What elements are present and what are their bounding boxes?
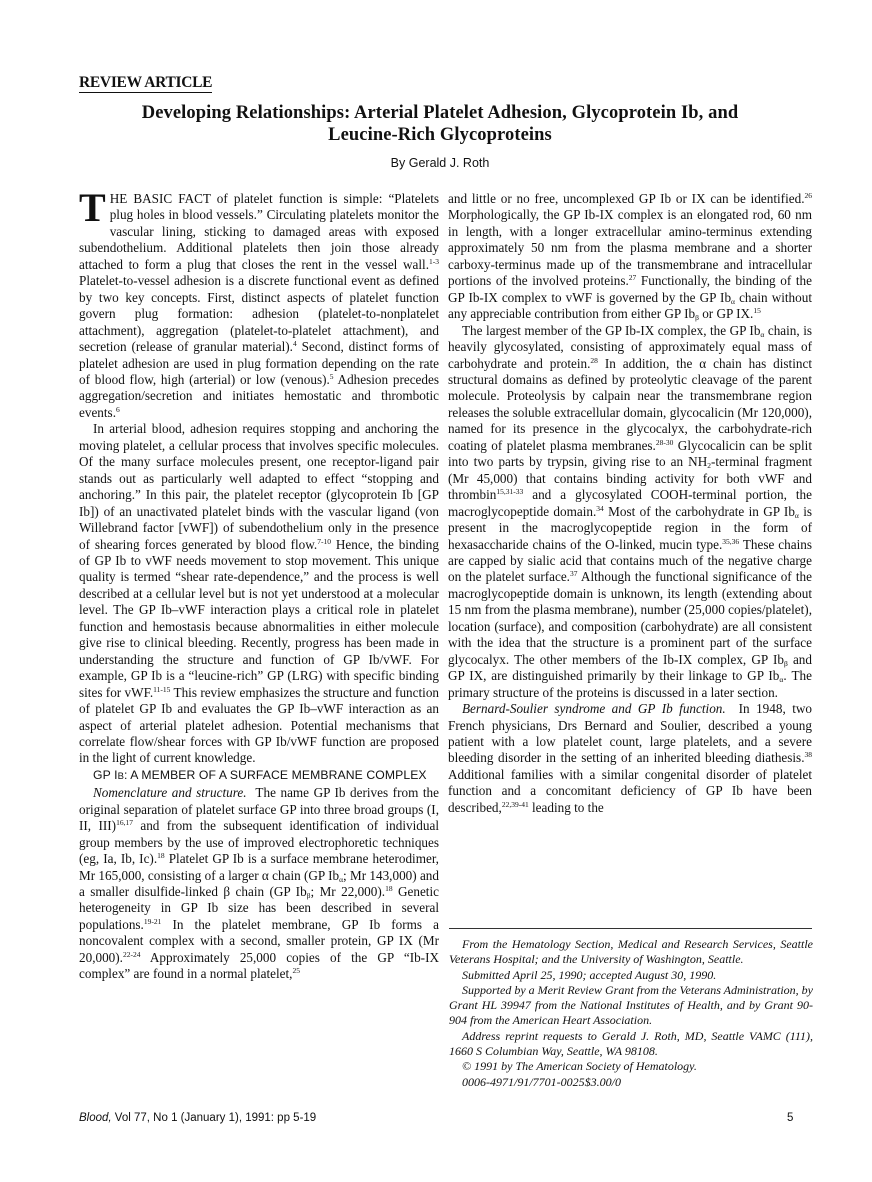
- citation-ref: 7-10: [317, 537, 331, 546]
- citation-ref: 34: [596, 504, 604, 513]
- text-run: or GP IX.: [699, 306, 753, 321]
- citation-ref: 35,36: [722, 537, 739, 546]
- journal-citation: Blood, Vol 77, No 1 (January 1), 1991: p…: [79, 1112, 316, 1124]
- body-paragraph: In arterial blood, adhesion requires sto…: [79, 421, 439, 767]
- drop-cap: T: [79, 193, 106, 224]
- footnote-copyright: © 1991 by The American Society of Hemato…: [449, 1059, 813, 1074]
- text-run: In arterial blood, adhesion requires sto…: [79, 421, 439, 551]
- citation-ref: 1-3: [429, 257, 439, 266]
- run-in-heading: Bernard-Soulier syndrome and GP Ib funct…: [462, 701, 726, 716]
- citation-ref: 26: [805, 191, 813, 200]
- citation-ref: 28-30: [656, 438, 674, 447]
- text-run: and little or no free, uncomplexed GP Ib…: [448, 191, 805, 206]
- citation-ref: 11-15: [153, 685, 170, 694]
- footnote-divider: [449, 928, 812, 929]
- footnote-dates: Submitted April 25, 1990; accepted Augus…: [449, 968, 813, 983]
- citation-ref: 16,17: [116, 818, 133, 827]
- heading-text: GP I: [93, 768, 118, 782]
- citation-details: Vol 77, No 1 (January 1), 1991: pp 5-19: [112, 1112, 317, 1124]
- citation-ref: 25: [292, 966, 300, 975]
- run-in-heading: Nomenclature and structure.: [93, 785, 247, 800]
- footnote-funding: Supported by a Merit Review Grant from t…: [449, 983, 813, 1029]
- footnotes: From the Hematology Section, Medical and…: [449, 937, 813, 1090]
- text-run: Most of the carbohydrate in GP Ib: [604, 504, 795, 519]
- citation-ref: 22,39-41: [502, 800, 529, 809]
- text-run: leading to the: [529, 800, 604, 815]
- text-run: Hence, the binding of GP Ib to vWF needs…: [79, 537, 439, 700]
- citation-ref: 22-24: [123, 950, 141, 959]
- page-number: 5: [787, 1112, 793, 1124]
- citation-ref: 28: [590, 356, 598, 365]
- body-paragraph: Bernard-Soulier syndrome and GP Ib funct…: [448, 701, 812, 816]
- citation-ref: 15: [753, 306, 761, 315]
- heading-text: : A MEMBER OF A SURFACE MEMBRANE COMPLEX: [124, 768, 427, 782]
- citation-ref: 6: [116, 405, 120, 414]
- section-heading: GP IB: A MEMBER OF A SURFACE MEMBRANE CO…: [79, 767, 439, 785]
- byline: By Gerald J. Roth: [70, 156, 810, 170]
- body-paragraph: Nomenclature and structure. The name GP …: [79, 785, 439, 982]
- footnote-affiliation: From the Hematology Section, Medical and…: [449, 937, 813, 968]
- citation-ref: 19-21: [144, 917, 162, 926]
- citation-ref: 18: [157, 851, 165, 860]
- title-line-1: Developing Relationships: Arterial Plate…: [70, 102, 810, 124]
- text-run: The largest member of the GP Ib-IX compl…: [462, 323, 760, 338]
- citation-ref: 15,31-33: [496, 487, 523, 496]
- footnote-address: Address reprint requests to Gerald J. Ro…: [449, 1029, 813, 1060]
- left-column: THE BASIC FACT of platelet function is s…: [79, 191, 439, 983]
- text-run: HE BASIC FACT of platelet function is si…: [79, 191, 439, 272]
- article-title: Developing Relationships: Arterial Plate…: [70, 102, 810, 146]
- journal-name: Blood,: [79, 1112, 112, 1124]
- body-paragraph: and little or no free, uncomplexed GP Ib…: [448, 191, 812, 323]
- title-line-2: Leucine-Rich Glycoproteins: [70, 124, 810, 146]
- footnote-code: 0006-4971/91/7701-0025$3.00/0: [449, 1075, 813, 1090]
- right-column: and little or no free, uncomplexed GP Ib…: [448, 191, 812, 816]
- citation-ref: 38: [805, 750, 813, 759]
- intro-paragraph: THE BASIC FACT of platelet function is s…: [79, 191, 439, 421]
- body-paragraph: The largest member of the GP Ib-IX compl…: [448, 323, 812, 701]
- section-label: REVIEW ARTICLE: [79, 74, 212, 93]
- text-run: ; Mr 22,000).: [311, 884, 386, 899]
- citation-ref: 18: [385, 884, 393, 893]
